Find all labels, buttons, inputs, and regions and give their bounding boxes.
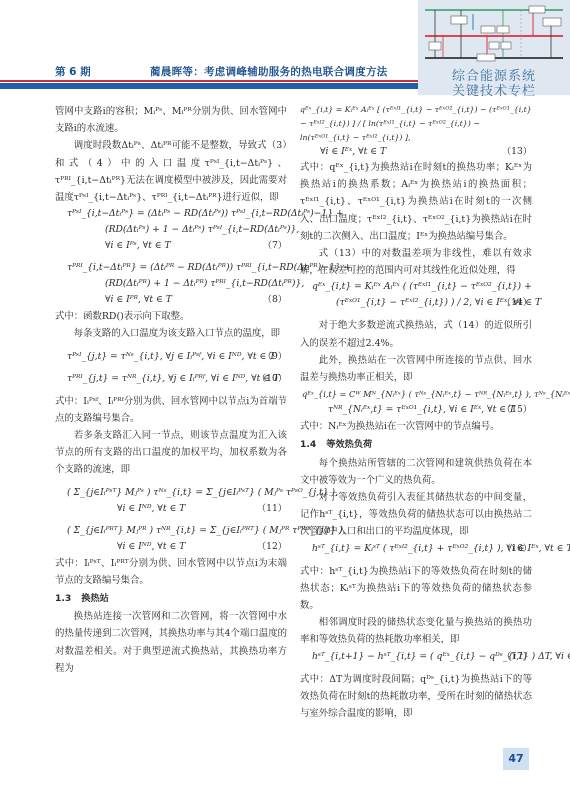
page-number: 47 xyxy=(503,748,529,770)
badge-line-2: 关键技术专栏 xyxy=(418,80,570,99)
equation-line: τᴾᴿᴵ_{i,t−Δtᵢᴾᴿ} = (Δtᵢᴾᴿ − RD(Δtᵢᴾᴿ)) τ… xyxy=(67,260,287,276)
equation-line: (RD(Δtᵢᴾᴿ) + 1 − Δtᵢᴾᴿ) τᴾᴿᴵ_{i,t−RD(Δtᵢ… xyxy=(67,276,287,292)
equation-14: qᴱˣ_{i,t} = Kᵢᴱˣ Aᵢᴱˣ ( (τᴱˣᴵ¹_{i,t} − τ… xyxy=(300,279,532,311)
paragraph: 每条支路的入口温度为该支路入口节点的温度，即 xyxy=(55,325,287,342)
paragraph: 管网中支路i的容积；Mᵢᴾˢ、Mᵢᴾᴿ分别为供、回水管网中支路i的水流速。 xyxy=(55,103,287,137)
paragraph: 式中：ΔT为调度时段间隔；qᴰˢ_{i,t}为换热站i下的等效热负荷在时刻t的热… xyxy=(300,671,532,723)
equation-line: hˢᵀ_{i,t+1} − hˢᵀ_{i,t} = ( qᴱˣ_{i,t} − … xyxy=(312,649,532,665)
header-rule-blue xyxy=(0,83,420,89)
paragraph: 相邻调度时段的储热状态变化量与换热站的换热功率和等效热负荷的热耗散功率相关，即 xyxy=(300,614,532,648)
equation-number: （15） xyxy=(502,402,532,418)
section-heading-1-4: 1.4等效热负荷 xyxy=(300,436,532,453)
equation-number: （9） xyxy=(263,349,287,365)
paragraph: 调度时段数Δtᵢᴾˢ、Δtᵢᴾᴿ可能不是整数，导致式（3）和式（4）中的入口温度… xyxy=(55,137,287,206)
header-rule-red xyxy=(0,80,420,82)
equation-number: （13） xyxy=(502,145,532,159)
equation-number: （7） xyxy=(263,238,287,254)
equation-7: τᴾˢᴵ_{i,t−Δtᵢᴾˢ} = (Δtᵢᴾˢ − RD(Δtᵢᴾˢ)) τ… xyxy=(55,206,287,254)
equation-number: （12） xyxy=(257,539,287,555)
equation-number: （8） xyxy=(263,292,287,308)
equation-16: hˢᵀ_{i,t} = Kᵢˢᵀ ( τᴱˣᴵ²_{i,t} + τᴱˣᴼ²_{… xyxy=(300,541,532,557)
equation-line: qᴱˣ_{i,t} = Kᵢᴱˣ Aᵢᴱˣ [ (τᴱˣᴵ¹_{i,t} − τ… xyxy=(300,103,532,145)
equation-line: (τᴱˣᴼ¹_{i,t} − τᴱˣᴵ²_{i,t}) ) / 2, ∀i ∈ … xyxy=(312,295,532,311)
paragraph: 对于绝大多数逆流式换热站，式（14）的近似所引入的误差不超过2.4%。 xyxy=(300,317,532,351)
running-title: 蔺晨晖等：考虑调峰辅助服务的热电联合调度方法 xyxy=(150,64,388,79)
paragraph: 式中：hˢᵀ_{i,t}为换热站i下的等效热负荷在时刻t的储热状态；Kᵢˢᵀ为换… xyxy=(300,563,532,615)
left-column: 管网中支路i的容积；Mᵢᴾˢ、Mᵢᴾᴿ分别为供、回水管网中支路i的水流速。 调度… xyxy=(55,103,287,677)
section-heading-1-3: 1.3换热站 xyxy=(55,590,287,607)
equation-line: (RD(Δtᵢᴾˢ) + 1 − Δtᵢᴾˢ) τᴾˢᴵ_{i,t−RD(Δtᵢ… xyxy=(67,222,287,238)
paragraph: 式中：Iᵢᴾˢᵀ、Iᵢᴾᴿᵀ分别为供、回水管网中以节点i为末端节点的支路编号集合… xyxy=(55,555,287,589)
equation-line: ∀i ∈ Iᴾᴿ, ∀t ∈ T xyxy=(67,292,287,308)
paragraph: 每个换热站所管辖的二次管网和建筑供热负荷在本文中被等效为一个广义的热负荷。 xyxy=(300,455,532,489)
section-number: 1.4 xyxy=(300,439,316,450)
equation-8: τᴾᴿᴵ_{i,t−Δtᵢᴾᴿ} = (Δtᵢᴾᴿ − RD(Δtᵢᴾᴿ)) τ… xyxy=(55,260,287,308)
equation-line: ∀i ∈ Iᴱˣ, ∀t ∈ T xyxy=(300,145,532,159)
equation-line: ∀i ∈ Iᴺᴰ, ∀t ∈ T xyxy=(67,501,287,517)
paragraph: 对于等效热负荷引入表征其储热状态的中间变量，记作hˢᵀ_{i,t}，等效热负荷的… xyxy=(300,489,532,541)
issue-label: 第 6 期 xyxy=(55,64,91,79)
equation-9: τᴾˢᴵ_{j,t} = τᴺˢ_{i,t}, ∀j ∈ Iᵢᴾˢᶠ, ∀i ∈… xyxy=(55,349,287,365)
equation-number: （10） xyxy=(257,371,287,387)
paragraph: 式中：Iᵢᴾˢᶠ、Iᵢᴾᴿᶠ分别为供、回水管网中以节点i为首端节点的支路编号集合… xyxy=(55,393,287,427)
paragraph: 此外，换热站在一次管网中所连接的节点供、回水温差与换热功率正相关，即 xyxy=(300,352,532,386)
paragraph: 式中：Nᵢᴱˣ为换热站i在一次管网中的节点编号。 xyxy=(300,418,532,435)
section-title: 等效热负荷 xyxy=(326,439,372,450)
equation-line: ( Σ_{j∈Iᵢᴾᴿᵀ} Mⱼᴾᴿ ) τᴺᴿ_{i,t} = Σ_{j∈Iᵢ… xyxy=(67,523,287,539)
equation-line: ∀i ∈ Iᴺᴰ, ∀t ∈ T xyxy=(67,539,287,555)
paragraph: 式中：qᴱˣ_{i,t}为换热站i在时刻t的换热功率；Kᵢᴱˣ为换热站i的换热系… xyxy=(300,159,532,245)
equation-line: qᴱˣ_{i,t} = Cᵂ Mᴺ_{Nᵢᴱˣ} ( τᴺˢ_{Nᵢᴱˣ,t} … xyxy=(302,386,532,402)
equation-number: （16） xyxy=(502,541,532,557)
section-number: 1.3 xyxy=(55,593,71,604)
energy-system-diagram-icon xyxy=(421,2,567,64)
paragraph: 若多条支路汇入同一节点，则该节点温度为汇入该节点的所有支路的出口温度的加权平均，… xyxy=(55,427,287,479)
equation-13: qᴱˣ_{i,t} = Kᵢᴱˣ Aᵢᴱˣ [ (τᴱˣᴵ¹_{i,t} − τ… xyxy=(300,103,532,159)
equation-line: τᴾᴿᴵ_{j,t} = τᴺᴿ_{i,t}, ∀j ∈ Iᵢᴾᴿᶠ, ∀i ∈… xyxy=(67,371,287,387)
paragraph: 换热站连接一次管网和二次管网，将一次管网中水的热量传递到二次管网，其换热功率与其… xyxy=(55,608,287,677)
paragraph: 式中：函数RD()表示向下取整。 xyxy=(55,308,287,325)
page-header: 第 6 期 蔺晨晖等：考虑调峰辅助服务的热电联合调度方法 xyxy=(0,0,570,95)
section-title: 换热站 xyxy=(81,593,109,604)
right-column: qᴱˣ_{i,t} = Kᵢᴱˣ Aᵢᴱˣ [ (τᴱˣᴵ¹_{i,t} − τ… xyxy=(300,103,532,722)
equation-17: hˢᵀ_{i,t+1} − hˢᵀ_{i,t} = ( qᴱˣ_{i,t} − … xyxy=(300,649,532,665)
equation-15: qᴱˣ_{i,t} = Cᵂ Mᴺ_{Nᵢᴱˣ} ( τᴺˢ_{Nᵢᴱˣ,t} … xyxy=(300,386,532,418)
equation-11: ( Σ_{j∈Iᵢᴾˢᵀ} Mⱼᴾˢ ) τᴺˢ_{i,t} = Σ_{j∈Iᵢ… xyxy=(55,485,287,517)
equation-number: （17） xyxy=(502,649,532,665)
paragraph: 式（13）中的对数温差项为非线性，难以有效求解，在误差可控的范围内可对其线性化近… xyxy=(300,245,532,279)
equation-line: τᴾˢᴵ_{i,t−Δtᵢᴾˢ} = (Δtᵢᴾˢ − RD(Δtᵢᴾˢ)) τ… xyxy=(67,206,287,222)
equation-line: τᴾˢᴵ_{j,t} = τᴺˢ_{i,t}, ∀j ∈ Iᵢᴾˢᶠ, ∀i ∈… xyxy=(67,349,287,365)
equation-line: τᴺᴿ_{Nᵢᴱˣ,t} = τᴱˣᴼ¹_{i,t}, ∀i ∈ Iᴱˣ, ∀t… xyxy=(302,402,532,418)
equation-line: ∀i ∈ Iᴾˢ, ∀t ∈ T xyxy=(67,238,287,254)
column-badge: 综合能源系统 关键技术专栏 xyxy=(418,0,570,95)
equation-number: （11） xyxy=(257,501,287,517)
equation-10: τᴾᴿᴵ_{j,t} = τᴺᴿ_{i,t}, ∀j ∈ Iᵢᴾᴿᶠ, ∀i ∈… xyxy=(55,371,287,387)
equation-line: qᴱˣ_{i,t} = Kᵢᴱˣ Aᵢᴱˣ ( (τᴱˣᴵ¹_{i,t} − τ… xyxy=(312,279,532,295)
equation-line: hˢᵀ_{i,t} = Kᵢˢᵀ ( τᴱˣᴵ²_{i,t} + τᴱˣᴼ²_{… xyxy=(312,541,532,557)
equation-number: （14） xyxy=(502,295,532,311)
equation-12: ( Σ_{j∈Iᵢᴾᴿᵀ} Mⱼᴾᴿ ) τᴺᴿ_{i,t} = Σ_{j∈Iᵢ… xyxy=(55,523,287,555)
equation-line: ( Σ_{j∈Iᵢᴾˢᵀ} Mⱼᴾˢ ) τᴺˢ_{i,t} = Σ_{j∈Iᵢ… xyxy=(67,485,287,501)
